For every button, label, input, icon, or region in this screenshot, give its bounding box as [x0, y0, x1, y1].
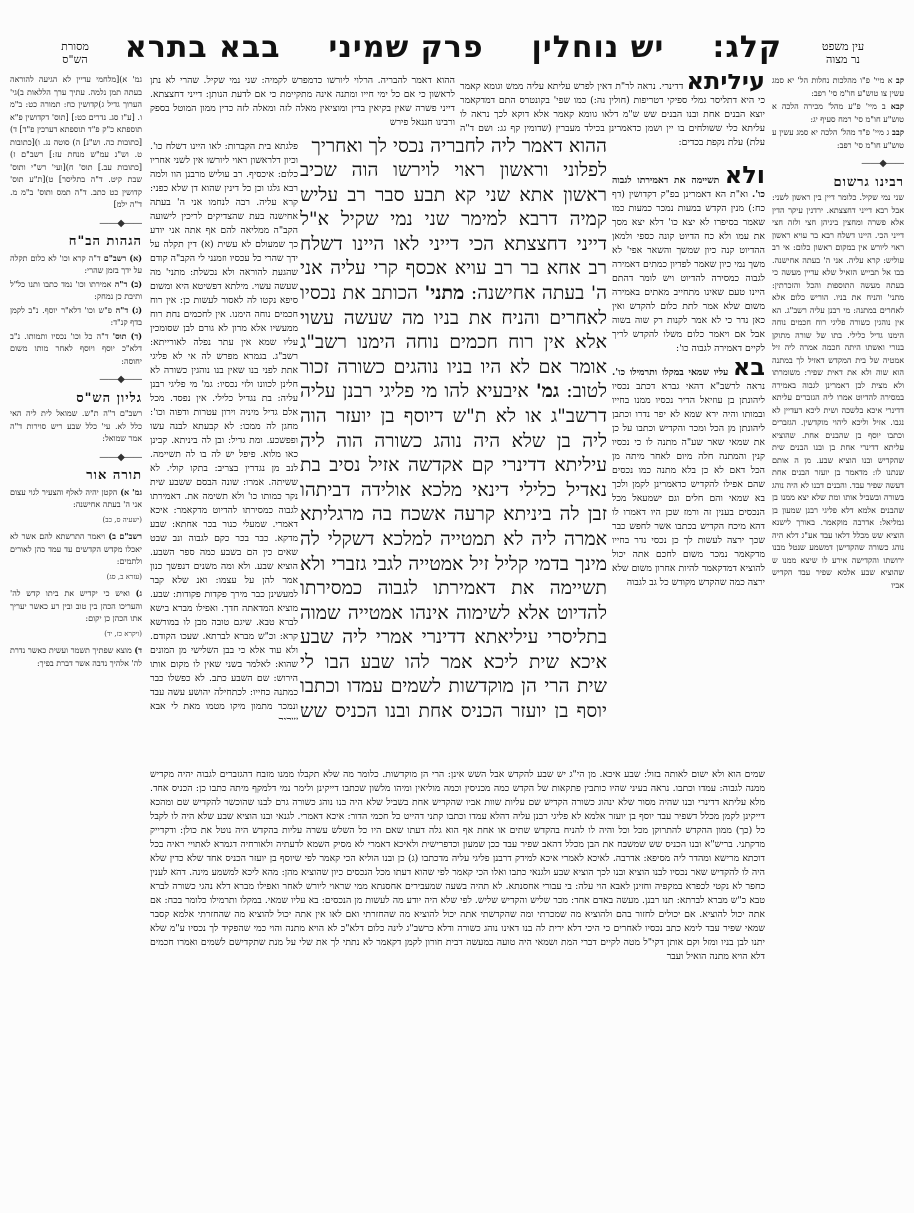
hagahot-entry: (ג) ד"ה פ"ש וכו' דלא"ר יוסף. נ"ב לקמן בד… — [10, 304, 142, 330]
hagahot-entry: (ד) תוס' ד"ה כל וכו' נכסיו ותמותו. נ"ב ד… — [10, 330, 142, 369]
rabbeinu-gershom-title: רבינו גרשום — [772, 177, 904, 190]
rashbam-text: ההוא דאמר להבריה. הרלוי ליורשו כדמפרש לק… — [150, 74, 455, 130]
chapter-number: פרק שמיני — [329, 30, 484, 65]
rabbeinu-gershom-text: שני נמי שקיל. כלומר דיין בין ראשון לשני:… — [772, 192, 904, 592]
mishnah-label: מתני' — [424, 282, 464, 304]
rashbam-column: פלגתא בית הקברות: לאו היינו דשלח כו'. וכ… — [150, 140, 298, 720]
gemara-label: גמ' — [536, 380, 559, 402]
ornament-divider: ——◆—— — [10, 452, 142, 465]
torah-or-entry: ג) ואיש כי יקדיש את ביתו קדש לה' והעריכו… — [10, 587, 142, 640]
ein-mishpat-entry: קב א מיי' פ"ו מהלכות נחלות הל' יא סמג עש… — [772, 74, 904, 100]
ein-mishpat-header: עין משפט נר מצוה — [808, 40, 878, 66]
mesoret-label-line2: הש"ס — [40, 53, 110, 66]
ornament-divider: ——◆—— — [10, 218, 142, 231]
hagahot-entry: (ב) ד"ה אמירתו וכו' נמד כתבו ותנו כל"ל ו… — [10, 278, 142, 304]
left-margin: גמ' א)[מלחמי עדיין לא הגיעה להוראה בעתה … — [10, 74, 142, 1114]
ornament-divider: ——◆—— — [772, 158, 904, 171]
ein-mishpat-entry: קבא ב מיי' פ"ע מהל' מכירה הלכה א טוש"ע ח… — [772, 100, 904, 126]
rashbam-text: פלגתא בית הקברות: לאו היינו דשלח כו'. וכ… — [150, 140, 298, 720]
mesoret-label-line1: מסורת — [40, 40, 110, 53]
mesoret-hashas-header: מסורת הש"ס — [40, 40, 110, 66]
torah-or-title: תורה אור — [10, 470, 142, 483]
right-margin: קב א מיי' פ"ו מהלכות נחלות הל' יא סמג עש… — [772, 74, 904, 1114]
daf-number: קלג: — [712, 30, 782, 65]
gilyon-hashas-title: גליון הש"ס — [10, 393, 142, 406]
hagahot-entry: (א) רשב"ם ד"ה קרא וכו' לא כלום תקלה על י… — [10, 252, 142, 278]
mesoret-hashas-text: גמ' א)[מלחמי עדיין לא הגיעה להוראה בעתה … — [10, 74, 142, 212]
ein-mishpat-label-line2: נר מצוה — [808, 53, 878, 66]
page-header: קלג: יש נוחלין פרק שמיני בבא בתרא — [262, 30, 782, 65]
gilyon-hashas-text: רשב"ם ד"ה ת"ש. שמואל לית ליה האי כלל לא.… — [10, 408, 142, 446]
torah-or-entry: ד) מוצא שפתיך תשמר ועשית כאשר נדרת לה' א… — [10, 644, 142, 670]
torah-or-entry: רשב"ם ב) ויאמר התרשתא להם אשר לא יאכלו מ… — [10, 530, 142, 583]
tractate-name: בבא בתרא — [125, 30, 281, 65]
tosafot-column: ולא תשיימה את דאמירתו לגבוה כו'. וא"ת הא… — [612, 162, 765, 712]
tosafot-opening-word: עיליתא — [686, 74, 765, 95]
ein-mishpat-label-line1: עין משפט — [808, 40, 878, 53]
ornament-divider: ——◆—— — [10, 374, 142, 387]
tosafot-dibur: ולא — [725, 162, 765, 189]
gemara-column: לפלוני וראשון ראוי לוירשו הוה שכיב ראשון… — [300, 158, 607, 718]
rashbam-top: ההוא דאמר להבריה. הרלוי ליורשו כדמפרש לק… — [150, 74, 455, 140]
hagahot-habach-title: הגהות הב"ח — [10, 236, 142, 249]
chapter-name: יש נוחלין — [532, 30, 665, 65]
rashbam-bottom-text: שמים הוא ולא ישום לאותה בזול: שבע איכא. … — [150, 768, 765, 964]
rashbam-bottom: שמים הוא ולא ישום לאותה בזול: שבע איכא. … — [150, 768, 765, 1108]
ein-mishpat-entry: קבב ג מיי' פ"ד מהל' הלכה יא סמג עשין ע ט… — [772, 126, 904, 152]
ein-mishpat: קב א מיי' פ"ו מהלכות נחלות הל' יא סמג עש… — [772, 74, 904, 152]
gemara-text: איבעיא להו מי פליגי רבנן עליה דרשב"ג או … — [300, 380, 607, 718]
tosafot-dibur: בא — [733, 353, 765, 381]
torah-or-entry: גמ' א) הקטן יהיה לאלף והצעיר לגוי עצום א… — [10, 486, 142, 527]
gemara-first-line: ההוא דאמר ליה לחבריה נכסי לך ואחריך — [300, 134, 607, 160]
